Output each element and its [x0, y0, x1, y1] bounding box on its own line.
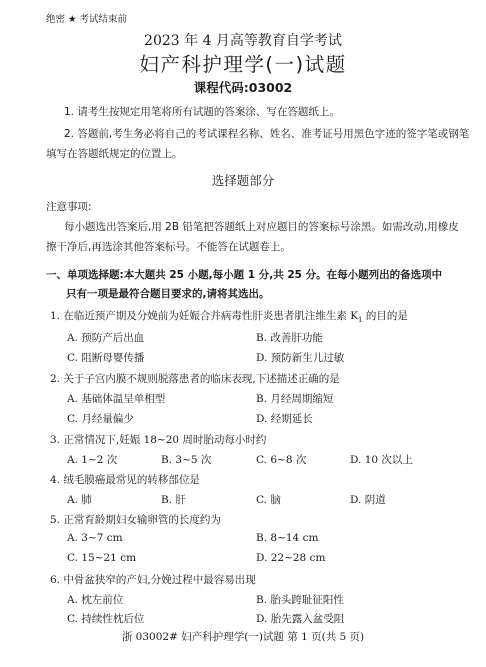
question-3-stem: 3. 正常情况下,妊娠 18~20 周时胎动每小时约 [50, 432, 266, 447]
question-4-stem: 4. 绒毛膜癌最常见的转移部位是 [50, 472, 200, 487]
q3-option-b[interactable]: B. 3~5 次 [161, 452, 211, 467]
question-5-stem: 5. 正常育龄期妇女输卵管的长度约为 [50, 512, 221, 527]
instruction-1: 1. 请考生按规定用笔将所有试题的答案涂、写在答题纸上。 [64, 104, 340, 119]
course-code: 课程代码:03002 [0, 78, 486, 96]
question-2-stem: 2. 关于子宫内膜不规则脱落患者的临床表现,下述描述正确的是 [50, 371, 340, 386]
secret-mark: 绝密 ★ 考试结束前 [46, 11, 127, 25]
q6-option-d[interactable]: D. 胎先露入盆受阻 [256, 611, 344, 626]
notes-label: 注意事项: [46, 199, 92, 214]
stem-text: 1. 在临近预产期及分娩前为妊娠合并病毒性肝炎患者肌注维生素 K [50, 310, 358, 322]
q5-option-b[interactable]: B. 8~14 cm [256, 532, 318, 544]
q3-option-c[interactable]: C. 6~8 次 [256, 452, 306, 467]
instruction-2: 2. 答题前,考生务必将自己的考试课程名称、姓名、准考证号用黑色字迹的签字笔或钢… [64, 126, 469, 141]
notes-line-1: 每小题选出答案后,用 2B 铅笔把答题纸上对应题目的答案标号涂黑。如需改动,用橡… [64, 219, 459, 234]
q1-option-a[interactable]: A. 预防产后出血 [67, 330, 144, 345]
part1-heading-line2: 只有一项是最符合题目要求的,请将其选出。 [66, 286, 270, 301]
instruction-2-cont: 填写在答题纸规定的位置上。 [46, 146, 183, 161]
q2-option-b[interactable]: B. 月经周期缩短 [256, 391, 333, 406]
q1-option-c[interactable]: C. 阻断母婴传播 [67, 350, 144, 365]
q1-option-b[interactable]: B. 改善肝功能 [256, 330, 323, 345]
q4-option-c[interactable]: C. 脑 [256, 492, 281, 507]
q6-option-c[interactable]: C. 持续性枕后位 [67, 611, 144, 626]
exam-title: 2023 年 4 月高等教育自学考试 [0, 30, 486, 50]
subject-title: 妇产科护理学(一)试题 [0, 49, 486, 77]
part1-heading-line1: 一、单项选择题:本大题共 25 小题,每小题 1 分,共 25 分。在每小题列出… [46, 267, 442, 282]
q4-option-b[interactable]: B. 肝 [161, 492, 186, 507]
q2-option-a[interactable]: A. 基础体温呈单相型 [67, 391, 165, 406]
page-footer: 浙 03002# 妇产科护理学(一)试题 第 1 页(共 5 页) [0, 629, 486, 644]
q5-option-d[interactable]: D. 22~28 cm [256, 552, 325, 564]
q6-option-b[interactable]: B. 胎头跨耻征阳性 [256, 592, 344, 607]
section-title: 选择题部分 [0, 171, 486, 189]
q4-option-d[interactable]: D. 阴道 [350, 492, 386, 507]
question-6-stem: 6. 中骨盆狭窄的产妇,分娩过程中最容易出现 [50, 572, 256, 587]
q1-option-d[interactable]: D. 预防新生儿过敏 [256, 350, 344, 365]
question-1-stem: 1. 在临近预产期及分娩前为妊娠合并病毒性肝炎患者肌注维生素 K1 的目的是 [50, 308, 408, 324]
q6-option-a[interactable]: A. 枕左前位 [67, 592, 123, 607]
q5-option-a[interactable]: A. 3~7 cm [67, 532, 123, 544]
q2-option-c[interactable]: C. 月经量偏少 [67, 411, 134, 426]
q4-option-a[interactable]: A. 肺 [67, 492, 92, 507]
notes-line-2: 擦干净后,再选涂其他答案标号。不能答在试题卷上。 [46, 239, 291, 254]
stem-text-end: 的目的是 [363, 310, 408, 322]
q3-option-a[interactable]: A. 1~2 次 [67, 452, 117, 467]
q3-option-d[interactable]: D. 10 次以上 [350, 452, 413, 467]
q2-option-d[interactable]: D. 经期延长 [256, 411, 313, 426]
q5-option-c[interactable]: C. 15~21 cm [67, 552, 136, 564]
